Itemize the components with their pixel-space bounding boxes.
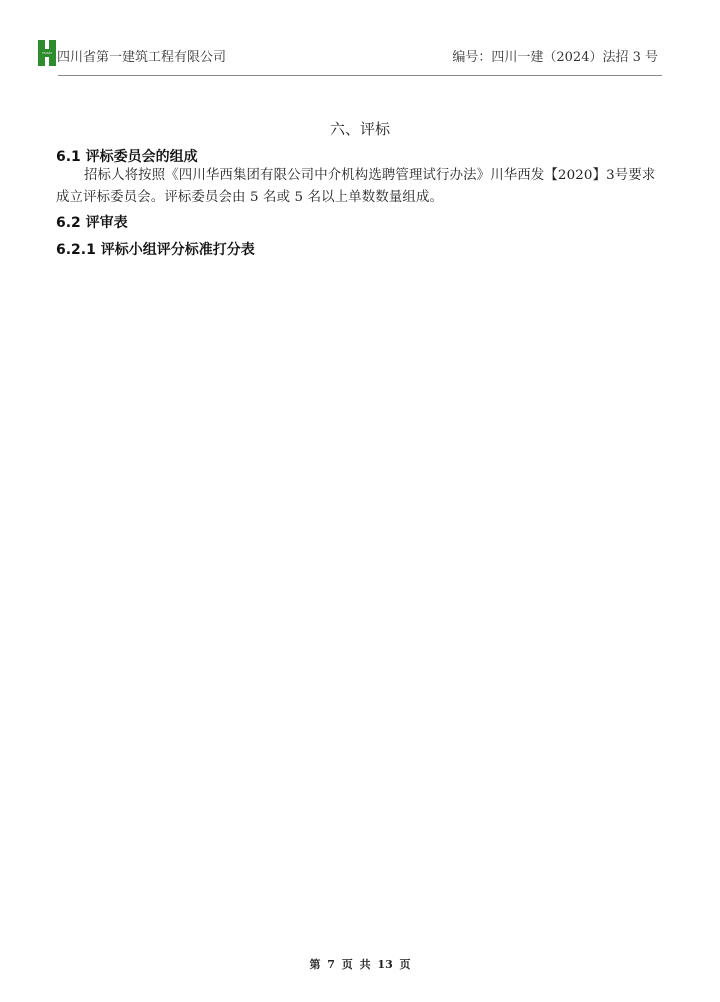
document-number: 编号：四川一建（2024）法招 3 号 xyxy=(452,46,658,65)
company-name: 四川省第一建筑工程有限公司 xyxy=(57,46,226,65)
page-header: HUAXI 四川省第一建筑工程有限公司 编号：四川一建（2024）法招 3 号 xyxy=(38,40,664,76)
heading-6-1: 6.1 评标委员会的组成 xyxy=(56,146,198,166)
section-title-text: 六、评标 xyxy=(330,120,390,138)
heading-6-2: 6.2 评审表 xyxy=(56,212,128,232)
page-footer: 第 7 页 共 13 页 xyxy=(0,956,720,972)
company-logo-icon: HUAXI xyxy=(38,40,56,66)
logo-text: HUAXI xyxy=(39,51,55,55)
heading-6-2-1: 6.2.1 评标小组评分标准打分表 xyxy=(56,239,255,259)
section-title: 六、评标 xyxy=(0,118,720,139)
paragraph-6-1: 招标人将按照《四川华西集团有限公司中介机构选聘管理试行办法》川华西发【2020】… xyxy=(56,165,668,209)
header-divider xyxy=(58,75,662,76)
